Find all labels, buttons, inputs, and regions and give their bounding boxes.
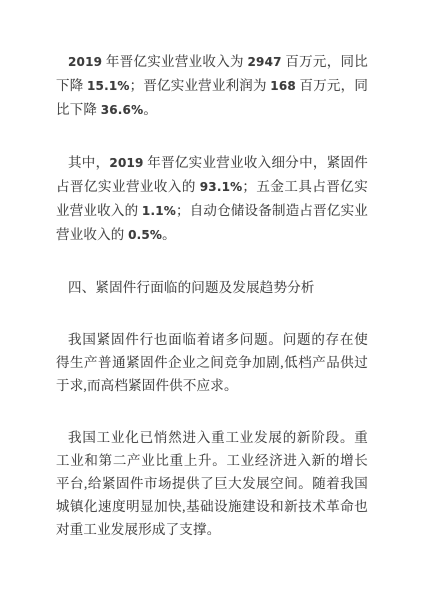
paragraph-industrialization: 我国工业化已悄然进入重工业发展的新阶段。重工业和第二产业比重上升。工业经济进入新… [56,426,368,541]
text-run: 15.1% [87,79,130,93]
paragraph-revenue-2019: 2019 年晋亿实业营业收入为 2947 百万元，同比下降 15.1%；晋亿实业… [56,50,368,122]
text-run: 年晋亿实业营业收入为 [102,54,247,69]
paragraph-problems: 我国紧固件行也面临着诸多问题。问题的存在使得生产普通紧固件企业之间竞争加剧,低档… [56,328,368,397]
section-heading: 四、紧固件行面临的问题及发展趋势分析 [56,276,368,299]
document-page: 2019 年晋亿实业营业收入为 2947 百万元，同比下降 15.1%；晋亿实业… [0,0,424,600]
text-run: 36.6% [101,103,144,117]
text-run: 0.5% [128,228,162,242]
text-run: 2947 [247,55,281,69]
text-run: 我国紧固件行也面临着诸多问题。问题的存在使得生产普通紧固件企业之间竞争加剧,低档… [56,332,368,393]
text-run: 。 [143,102,157,117]
text-run: 2019 [68,55,102,69]
text-run: 93.1% [200,180,243,194]
text-run: 。 [162,227,176,242]
text-run: 四、紧固件行面临的问题及发展趋势分析 [68,280,315,295]
paragraph-revenue-breakdown: 其中，2019 年晋亿实业营业收入细分中，紧固件占晋亿实业营业收入的 93.1%… [56,151,368,247]
text-run: 1.1% [142,204,176,218]
text-run: 168 [270,79,296,93]
text-run: ；晋亿实业营业利润为 [130,78,271,93]
text-run: 2019 [109,156,143,170]
text-run: 我国工业化已悄然进入重工业发展的新阶段。重工业和第二产业比重上升。工业经济进入新… [56,430,368,537]
text-run: 其中， [68,155,109,170]
